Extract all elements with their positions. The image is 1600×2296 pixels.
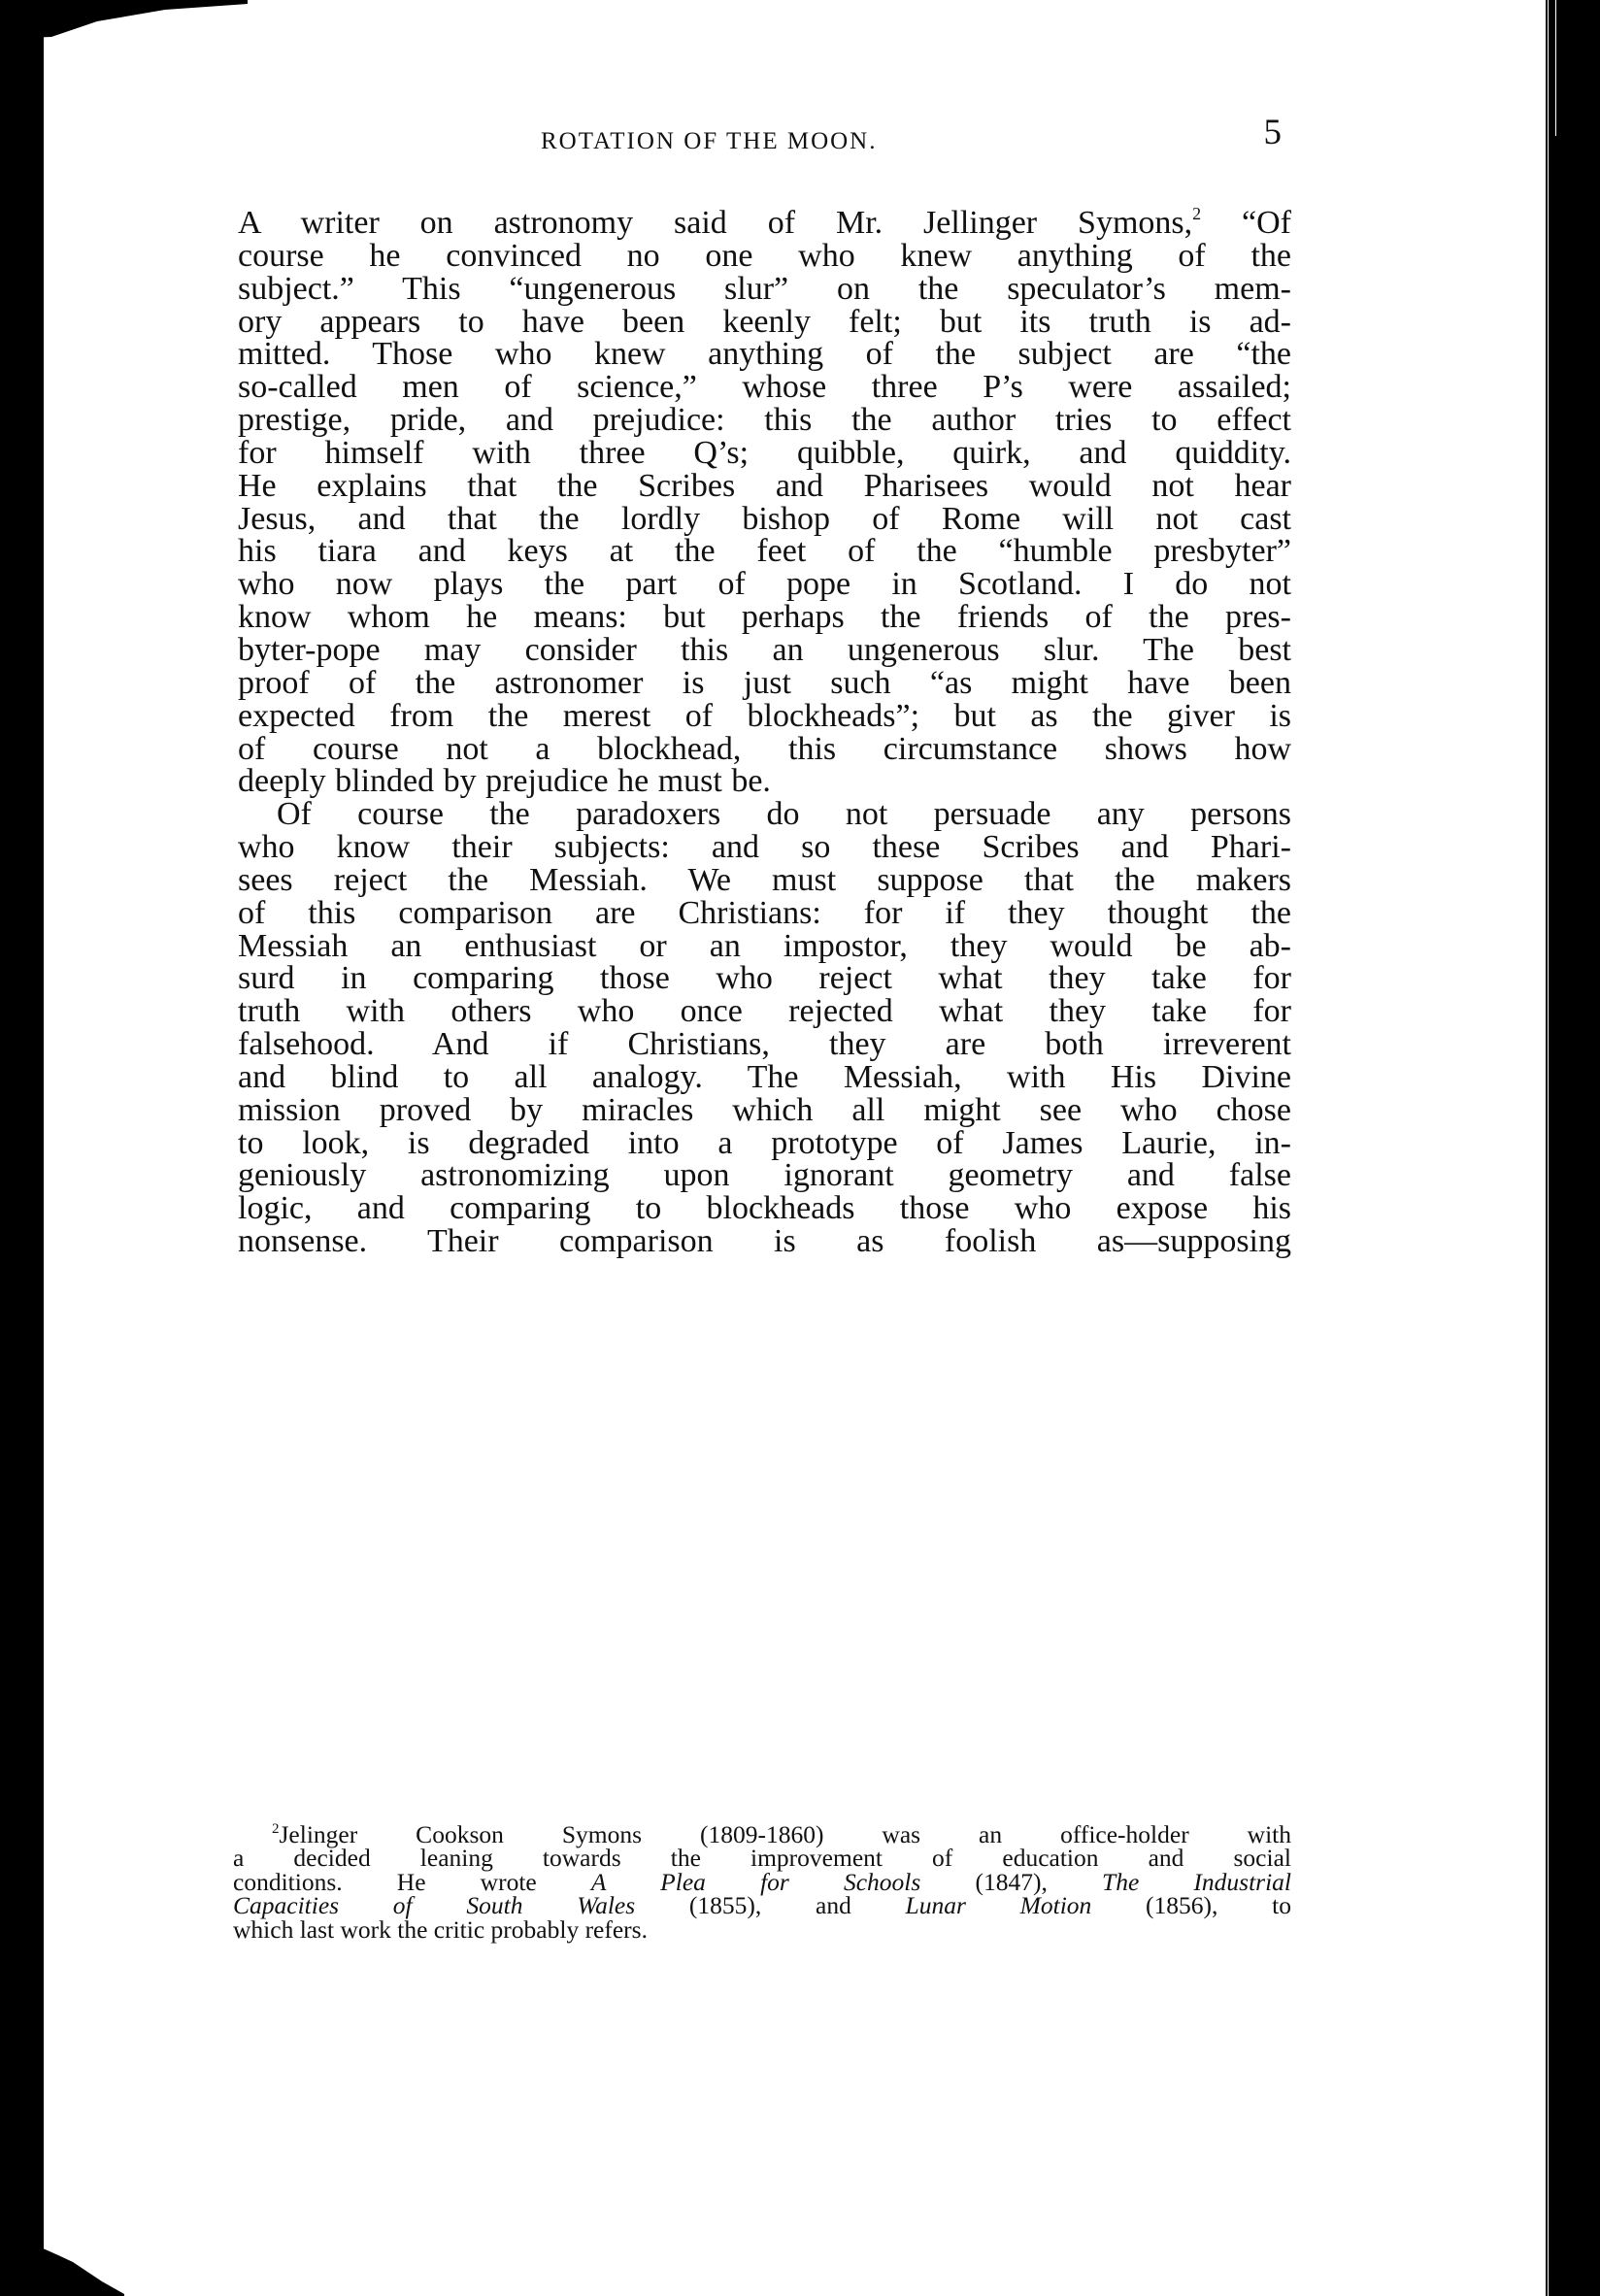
text-line: proof of the astronomer is just such “as… <box>238 667 1291 700</box>
text-line: surd in comparing those who reject what … <box>238 962 1291 995</box>
text-line: sees reject the Messiah. We must suppose… <box>238 864 1291 897</box>
scan-streak <box>1548 0 1549 2296</box>
text-line: who now plays the part of pope in Scotla… <box>238 568 1291 601</box>
footnote-ref[interactable]: 2 <box>1192 204 1201 223</box>
scan-streak <box>1555 0 1556 136</box>
footnote-text: (1856), to <box>1091 1891 1291 1919</box>
paragraph-1: A writer on astronomy said of Mr. Jellin… <box>238 207 1291 798</box>
text-line: for himself with three Q’s; quibble, qui… <box>238 437 1291 470</box>
text-line: subject.” This “ungenerous slur” on the … <box>238 273 1291 306</box>
text-line: Of course the paradoxers do not persuade… <box>238 798 1291 831</box>
scan-border-right <box>1546 0 1600 2296</box>
text-line: byter-pope may consider this an ungenero… <box>238 634 1291 667</box>
paragraph-2: Of course the paradoxers do not persuade… <box>238 798 1291 1258</box>
text-line: mission proved by miracles which all mig… <box>238 1094 1291 1127</box>
text-line: mitted. Those who knew anything of the s… <box>238 338 1291 371</box>
page-number: 5 <box>1264 115 1283 150</box>
footnote-line: which last work the critic probably refe… <box>233 1918 1291 1942</box>
text-line: and blind to all analogy. The Messiah, w… <box>238 1061 1291 1094</box>
text-line: truth with others who once rejected what… <box>238 995 1291 1028</box>
text-line: expected from the merest of blockheads”;… <box>238 700 1291 733</box>
text-line: A writer on astronomy said of Mr. Jellin… <box>238 207 1291 240</box>
line-text: A writer on astronomy said of Mr. Jellin… <box>238 205 1192 241</box>
text-line: Jesus, and that the lordly bishop of Rom… <box>238 503 1291 536</box>
text-line: of course not a blockhead, this circumst… <box>238 733 1291 766</box>
footnote-text: (1855), and <box>635 1891 905 1919</box>
running-head: ROTATION OF THE MOON. 5 <box>238 115 1291 163</box>
scan-border-left <box>0 0 44 2296</box>
text-line: know whom he means: but perhaps the frie… <box>238 601 1291 634</box>
text-line: deeply blinded by prejudice he must be. <box>238 765 1291 798</box>
footnote: 2Jelinger Cookson Symons (1809-1860) was… <box>233 1823 1291 1942</box>
text-line: nonsense. Their comparison is as foolish… <box>238 1225 1291 1258</box>
text-line: so-called men of science,” whose three P… <box>238 371 1291 404</box>
running-title: ROTATION OF THE MOON. <box>541 128 877 155</box>
text-line: course he convinced no one who knew anyt… <box>238 240 1291 273</box>
book-title: Lunar Motion <box>906 1891 1092 1919</box>
footnote-marker: 2 <box>272 1821 280 1837</box>
text-line: prestige, pride, and prejudice: this the… <box>238 404 1291 437</box>
scan-corner-bottom <box>0 2238 136 2296</box>
body-text: A writer on astronomy said of Mr. Jellin… <box>238 207 1291 1258</box>
text-line: He explains that the Scribes and Pharise… <box>238 470 1291 503</box>
scan-corner-top <box>0 0 252 39</box>
text-line: geniously astronomizing upon ignorant ge… <box>238 1159 1291 1192</box>
footnote-line: Capacities of South Wales (1855), and Lu… <box>233 1894 1291 1917</box>
text-line: Messiah an enthusiast or an impostor, th… <box>238 930 1291 963</box>
text-line: to look, is degraded into a prototype of… <box>238 1127 1291 1160</box>
text-line: who know their subjects: and so these Sc… <box>238 831 1291 864</box>
line-text: “Of <box>1201 205 1291 241</box>
text-line: logic, and comparing to blockheads those… <box>238 1192 1291 1225</box>
text-line: of this comparison are Christians: for i… <box>238 897 1291 930</box>
text-line: ory appears to have been keenly felt; bu… <box>238 306 1291 339</box>
text-line: falsehood. And if Christians, they are b… <box>238 1028 1291 1061</box>
text-line: his tiara and keys at the feet of the “h… <box>238 535 1291 568</box>
